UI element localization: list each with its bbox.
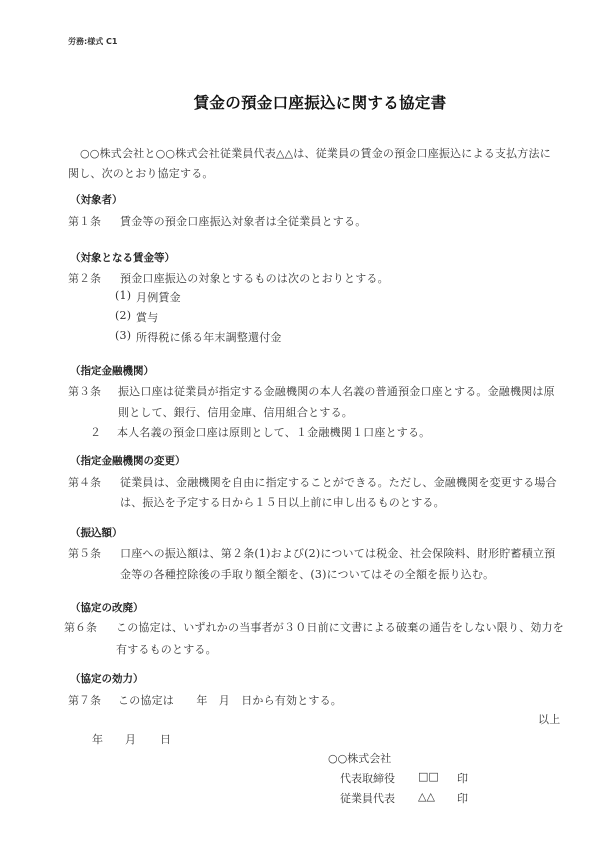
article-6-text-line-1: この協定は、いずれかの当事者が３０日前に文書による破棄の通告をしない限り、効力を bbox=[116, 619, 564, 635]
signature-name-representative: □□ bbox=[418, 770, 439, 783]
article-5-number: 第５条 bbox=[68, 545, 101, 561]
article-4-heading: （指定金融機関の変更） bbox=[70, 453, 186, 468]
seal-mark-employee: 印 bbox=[457, 790, 468, 806]
article-3-text-line-2: 則として、銀行、信用金庫、信用組合とする。 bbox=[118, 404, 353, 420]
article-4-number: 第４条 bbox=[68, 474, 101, 490]
date-day: 日 bbox=[160, 731, 171, 747]
article-2-text: 預金口座振込の対象とするものは次のとおりとする。 bbox=[120, 270, 389, 286]
article-6-heading: （協定の改廃） bbox=[70, 600, 144, 615]
date-year: 年 bbox=[92, 731, 103, 747]
article-1-number: 第１条 bbox=[68, 213, 101, 229]
intro-line-1: ○○株式会社と○○株式会社従業員代表△△は、従業員の賃金の預金口座振込による支払… bbox=[80, 145, 551, 161]
article-6-text-line-2: 有するものとする。 bbox=[116, 641, 217, 657]
article-3-heading: （指定金融機関） bbox=[70, 363, 154, 378]
article-5-text-line-2: 金等の各種控除後の手取り額全額を、(3)についてはその全額を振り込む。 bbox=[120, 566, 494, 582]
article-2-item-1-text: 月例賃金 bbox=[136, 289, 181, 305]
intro-line-2: 関し、次のとおり協定する。 bbox=[68, 165, 214, 181]
article-2-number: 第２条 bbox=[68, 270, 101, 286]
document-title: 賃金の預金口座振込に関する協定書 bbox=[0, 91, 600, 113]
signature-role-representative: 代表取締役 bbox=[340, 770, 395, 786]
article-3-text-line-1: 振込口座は従業員が指定する金融機関の本人名義の普通預金口座とする。金融機関は原 bbox=[118, 383, 555, 399]
article-3-paragraph-2-text: 本人名義の預金口座は原則として、１金融機関１口座とする。 bbox=[117, 424, 430, 440]
signature-company: ○○株式会社 bbox=[328, 750, 391, 766]
article-5-heading: （振込額） bbox=[70, 525, 123, 540]
signature-role-employee: 従業員代表 bbox=[340, 790, 395, 806]
seal-mark-representative: 印 bbox=[457, 770, 468, 786]
article-2-item-2-text: 賞与 bbox=[136, 309, 158, 325]
article-4-text-line-2: は、振込を予定する日から１５日以上前に申し出るものとする。 bbox=[120, 494, 445, 510]
article-2-item-3-text: 所得税に係る年末調整還付金 bbox=[136, 329, 282, 345]
article-3-number: 第３条 bbox=[68, 383, 101, 399]
article-2-item-1-marker: (1) bbox=[115, 289, 131, 302]
form-number: 労務:様式 C1 bbox=[68, 36, 117, 47]
article-2-item-2-marker: (2) bbox=[115, 309, 131, 322]
article-7-text: この協定は 年 月 日から有効とする。 bbox=[118, 692, 342, 708]
article-4-text-line-1: 従業員は、金融機関を自由に指定することができる。ただし、金融機関を変更する場合 bbox=[120, 474, 557, 490]
date-month: 月 bbox=[125, 731, 136, 747]
article-2-item-3-marker: (3) bbox=[115, 329, 131, 342]
article-1-text: 賃金等の預金口座振込対象者は全従業員とする。 bbox=[120, 213, 366, 229]
signature-name-employee: △△ bbox=[418, 790, 435, 803]
closing-text: 以上 bbox=[538, 711, 560, 727]
article-7-heading: （協定の効力） bbox=[70, 671, 144, 686]
article-7-number: 第７条 bbox=[68, 692, 101, 708]
article-1-heading: （対象者） bbox=[70, 192, 123, 207]
article-6-number: 第６条 bbox=[64, 619, 97, 635]
article-5-text-line-1: 口座への振込額は、第２条(1)および(2)については税金、社会保険料、財形貯蓄積… bbox=[120, 545, 555, 561]
article-3-paragraph-2-number: ２ bbox=[90, 424, 101, 440]
article-2-heading: （対象となる賃金等） bbox=[70, 250, 175, 265]
